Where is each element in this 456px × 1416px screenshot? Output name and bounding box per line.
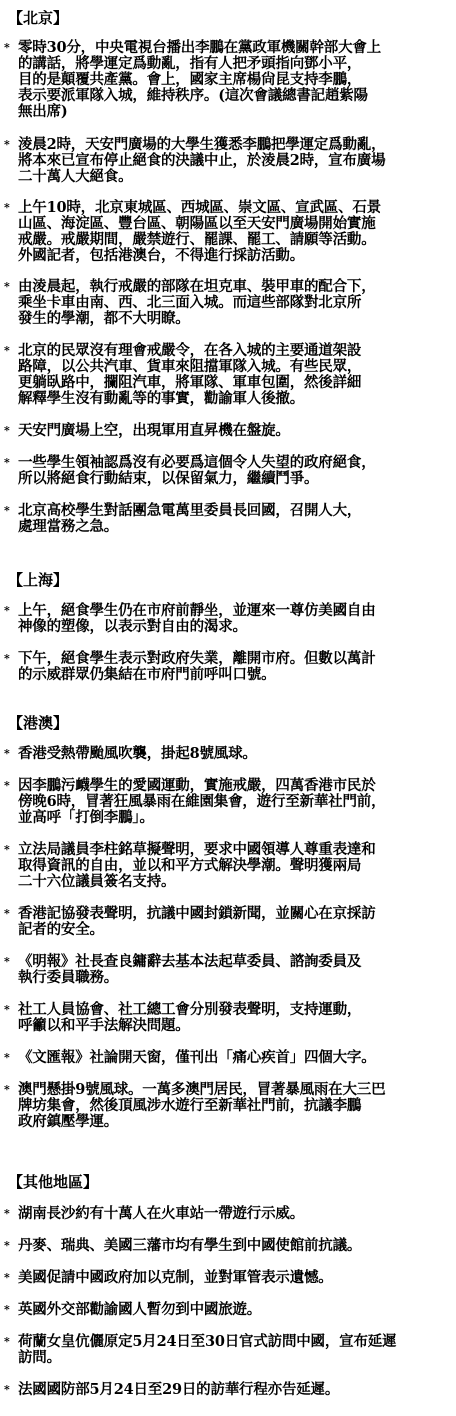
list-item: * 法國國防部5月24日至29日的訪華行程亦告延遲。	[4, 1382, 452, 1398]
list-item: * 由淩晨起，執行戒嚴的部隊在坦克車、裝甲車的配合下， 乘坐卡車由南、西、北三面…	[4, 279, 452, 327]
item-line: 上午，絕食學生仍在市府前靜坐，並運來一尊仿美國自由	[18, 603, 452, 619]
bullet-icon: *	[4, 40, 18, 120]
list-item: * 丹麥、瑞典、美國三藩市均有學生到中國使館前抗議。	[4, 1238, 452, 1254]
list-item: * 天安門廣場上空，出現軍用直昇機在盤旋。	[4, 423, 452, 439]
item-line: 淩晨2時，天安門廣場的大學生獲悉李鵬把學運定爲動亂，	[18, 137, 452, 153]
item-line: 二十六位議員簽名支持。	[18, 874, 452, 890]
list-item: * 一些學生領袖認爲沒有必要爲這個令人失望的政府絕食， 所以將絕食行動結束，以保…	[4, 455, 452, 487]
item-line: 二十萬人大絕食。	[18, 169, 452, 185]
bullet-icon: *	[4, 343, 18, 407]
item-line: 外國記者，包括港澳台，不得進行採訪活動。	[18, 248, 452, 264]
item-line: 執行委員職務。	[18, 970, 452, 986]
item-line: 美國促請中國政府加以克制，並對軍管表示遺憾。	[18, 1270, 452, 1286]
bullet-icon: *	[4, 200, 18, 264]
bullet-icon: *	[4, 603, 18, 635]
item-line: 上午10時，北京東城區、西城區、崇文區、宣武區、石景	[18, 200, 452, 216]
list-item: * 下午，絕食學生表示對政府失業，離開市府。但數以萬計 的示威群眾仍集結在市府門…	[4, 651, 452, 683]
list-item: * 上午，絕食學生仍在市府前靜坐，並運來一尊仿美國自由 神像的塑像，以表示對自由…	[4, 603, 452, 635]
bullet-icon: *	[4, 503, 18, 535]
section-heading-hk-macau: 【港澳】	[8, 714, 68, 732]
list-item: * 北京的民眾沒有理會戒嚴令，在各入城的主要通道架設 路障，以公共汽車、貨車來阻…	[4, 343, 452, 407]
item-line: 神像的塑像，以表示對自由的渴求。	[18, 619, 452, 635]
item-line: 並高呼「打倒李鵬」。	[18, 810, 452, 826]
item-line: 將本來已宣布停止絕食的決議中止，於淩晨2時，宣布廣場	[18, 153, 452, 169]
item-line: 立法局議員李柱銘草擬聲明，要求中國領導人尊重表達和	[18, 842, 452, 858]
item-line: 澳門懸掛9號風球。一萬多澳門居民，冒著暴風雨在大三巴	[18, 1082, 452, 1098]
item-line: 解釋學生沒有動亂等的事實，勸諭軍人後撤。	[18, 391, 452, 407]
item-line: 一些學生領袖認爲沒有必要爲這個令人失望的政府絕食，	[18, 455, 452, 471]
list-item: * 上午10時，北京東城區、西城區、崇文區、宣武區、石景 山區、海淀區、豐台區、…	[4, 200, 452, 264]
item-line: 因李鵬污衊學生的愛國運動，實施戒嚴，四萬香港市民於	[18, 778, 452, 794]
item-line: 法國國防部5月24日至29日的訪華行程亦告延遲。	[18, 1382, 452, 1398]
item-line: 《明報》社長查良鏞辭去基本法起草委員、諮詢委員及	[18, 954, 452, 970]
item-line: 天安門廣場上空，出現軍用直昇機在盤旋。	[18, 423, 452, 439]
item-line: 下午，絕食學生表示對政府失業，離開市府。但數以萬計	[18, 651, 452, 667]
bullet-icon: *	[4, 651, 18, 683]
bullet-icon: *	[4, 1334, 18, 1366]
item-line: 《文匯報》社論開天窗，僅刊出「痛心疾首」四個大字。	[18, 1050, 452, 1066]
item-line: 處理當務之急。	[18, 519, 452, 535]
bullet-icon: *	[4, 423, 18, 439]
bullet-icon: *	[4, 906, 18, 938]
bullet-icon: *	[4, 1082, 18, 1130]
bullet-icon: *	[4, 954, 18, 986]
item-line: 北京高校學生對話團急電萬里委員長回國，召開人大，	[18, 503, 452, 519]
bullet-icon: *	[4, 1270, 18, 1286]
list-item: * 因李鵬污衊學生的愛國運動，實施戒嚴，四萬香港市民於 傍晚6時，冒著狂風暴雨在…	[4, 778, 452, 826]
bullet-icon: *	[4, 137, 18, 185]
bullet-icon: *	[4, 1050, 18, 1066]
item-line: 呼籲以和平手法解決問題。	[18, 1018, 452, 1034]
list-item: * 英國外交部勸諭國人暫勿到中國旅遊。	[4, 1302, 452, 1318]
bullet-icon: *	[4, 279, 18, 327]
item-line: 訪問。	[18, 1350, 452, 1366]
item-line: 無出席)	[18, 104, 452, 120]
list-item: * 澳門懸掛9號風球。一萬多澳門居民，冒著暴風雨在大三巴 牌坊集會，然後頂風涉水…	[4, 1082, 452, 1130]
list-item: * 美國促請中國政府加以克制，並對軍管表示遺憾。	[4, 1270, 452, 1286]
item-line: 傍晚6時，冒著狂風暴雨在維園集會，遊行至新華社門前，	[18, 794, 452, 810]
list-item: * 《明報》社長查良鏞辭去基本法起草委員、諮詢委員及 執行委員職務。	[4, 954, 452, 986]
item-line: 記者的安全。	[18, 922, 452, 938]
item-line: 荷蘭女皇伉儷原定5月24日至30日官式訪問中國，宣布延遲	[18, 1334, 452, 1350]
item-line: 的講話，將學運定爲動亂，指有人把矛頭指向鄧小平，	[18, 56, 452, 72]
bullet-icon: *	[4, 1382, 18, 1398]
list-item: * 淩晨2時，天安門廣場的大學生獲悉李鵬把學運定爲動亂， 將本來已宣布停止絕食的…	[4, 137, 452, 185]
list-item: * 北京高校學生對話團急電萬里委員長回國，召開人大， 處理當務之急。	[4, 503, 452, 535]
item-line: 北京的民眾沒有理會戒嚴令，在各入城的主要通道架設	[18, 343, 452, 359]
item-line: 路障，以公共汽車、貨車來阻擋軍隊入城。有些民眾，	[18, 359, 452, 375]
item-line: 香港記協發表聲明，抗議中國封鎖新聞，並關心在京採訪	[18, 906, 452, 922]
section-heading-other-regions: 【其他地區】	[8, 1173, 98, 1191]
list-item: * 香港記協發表聲明，抗議中國封鎖新聞，並關心在京採訪 記者的安全。	[4, 906, 452, 938]
item-line: 香港受熱帶颱風吹襲，掛起8號風球。	[18, 746, 452, 762]
bullet-icon: *	[4, 1238, 18, 1254]
section-heading-beijing: 【北京】	[8, 9, 68, 27]
item-line: 英國外交部勸諭國人暫勿到中國旅遊。	[18, 1302, 452, 1318]
item-line: 乘坐卡車由南、西、北三面入城。而這些部隊對北京所	[18, 295, 452, 311]
item-line: 山區、海淀區、豐台區、朝陽區以至天安門廣場開始實施	[18, 216, 452, 232]
bullet-icon: *	[4, 1002, 18, 1034]
item-line: 目的是顛覆共產黨。會上，國家主席楊尙昆支持李鵬，	[18, 72, 452, 88]
item-line: 牌坊集會，然後頂風涉水遊行至新華社門前，抗議李鵬	[18, 1098, 452, 1114]
item-line: 湖南長沙約有十萬人在火車站一帶遊行示威。	[18, 1206, 452, 1222]
item-line: 戒嚴。戒嚴期間，嚴禁遊行、罷課、罷工、請願等活動。	[18, 232, 452, 248]
bullet-icon: *	[4, 746, 18, 762]
item-line: 社工人員協會、社工總工會分別發表聲明，支持運動，	[18, 1002, 452, 1018]
item-line: 發生的學潮，都不大明瞭。	[18, 311, 452, 327]
list-item: * 《文匯報》社論開天窗，僅刊出「痛心疾首」四個大字。	[4, 1050, 452, 1066]
bullet-icon: *	[4, 842, 18, 890]
list-item: * 社工人員協會、社工總工會分別發表聲明，支持運動， 呼籲以和平手法解決問題。	[4, 1002, 452, 1034]
list-item: * 香港受熱帶颱風吹襲，掛起8號風球。	[4, 746, 452, 762]
item-line: 取得資訊的自由，並以和平方式解決學潮。聲明獲兩局	[18, 858, 452, 874]
list-item: * 湖南長沙約有十萬人在火車站一帶遊行示威。	[4, 1206, 452, 1222]
item-line: 丹麥、瑞典、美國三藩市均有學生到中國使館前抗議。	[18, 1238, 452, 1254]
bullet-icon: *	[4, 1206, 18, 1222]
item-line: 的示威群眾仍集結在市府門前呼叫口號。	[18, 667, 452, 683]
list-item: * 零時30分，中央電視台播出李鵬在黨政軍機關幹部大會上 的講話，將學運定爲動亂…	[4, 40, 452, 120]
list-item: * 立法局議員李柱銘草擬聲明，要求中國領導人尊重表達和 取得資訊的自由，並以和平…	[4, 842, 452, 890]
item-line: 所以將絕食行動結束，以保留氣力，繼續鬥爭。	[18, 471, 452, 487]
item-line: 零時30分，中央電視台播出李鵬在黨政軍機關幹部大會上	[18, 40, 452, 56]
list-item: * 荷蘭女皇伉儷原定5月24日至30日官式訪問中國，宣布延遲 訪問。	[4, 1334, 452, 1366]
item-line: 表示要派軍隊入城，維持秩序。(這次會議總書記趙紫陽	[18, 88, 452, 104]
item-line: 更躺臥路中，攔阻汽車，將軍隊、軍車包圍，然後詳細	[18, 375, 452, 391]
bullet-icon: *	[4, 1302, 18, 1318]
item-line: 政府鎮壓學運。	[18, 1114, 452, 1130]
bullet-icon: *	[4, 778, 18, 826]
item-line: 由淩晨起，執行戒嚴的部隊在坦克車、裝甲車的配合下，	[18, 279, 452, 295]
bullet-icon: *	[4, 455, 18, 487]
section-heading-shanghai: 【上海】	[8, 571, 68, 589]
